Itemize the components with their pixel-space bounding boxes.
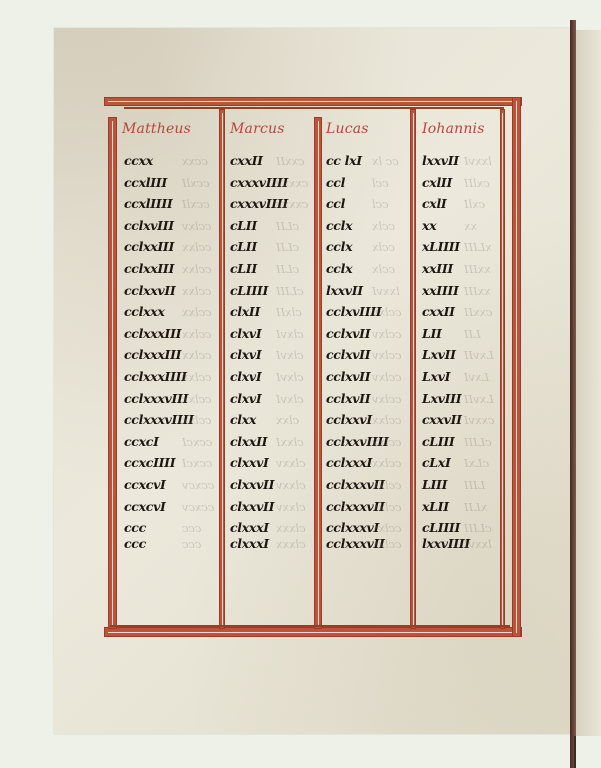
canon-entry-marcus: clxvI [230,326,261,341]
column-header-marcus: Marcus [230,121,285,137]
frame-top-bar [104,97,522,106]
show-through-ink: clxx [276,413,299,427]
show-through-ink: cclxx [372,500,402,514]
show-through-ink: LII [464,327,481,341]
canon-entry-iohannis: LII [422,326,442,341]
canon-entry-mattheus: cclxxIII [124,239,174,254]
show-through-ink: clxII [276,305,302,319]
canon-entry-mattheus: cclxxx [124,304,165,319]
show-through-ink: cxlII [464,176,490,190]
column-divider-3 [410,109,416,629]
canon-entry-mattheus: ccxlIII [124,175,167,190]
canon-entry-iohannis: cxlII [422,175,452,190]
show-through-ink: LxvI [464,370,489,384]
show-through-ink: clxxI [276,435,304,449]
show-through-ink: cclxv [372,327,402,341]
canon-entry-iohannis: lxxvII [422,153,459,168]
frame-inner-bottom-line [110,625,510,627]
canon-entry-iohannis: LxvI [422,369,450,384]
canon-entry-lucas: lxxvII [326,283,363,298]
show-through-ink: LxvII [464,348,494,362]
show-through-ink: xxIII [464,262,491,276]
show-through-ink: cxxII [276,154,305,168]
canon-table-frame: Mattheus Marcus Lucas Iohannis ccxxccxxc… [104,97,522,639]
show-through-ink: ccc [182,521,201,535]
facing-page-edge [576,30,601,736]
canon-entry-iohannis: xx [422,218,436,233]
show-through-ink: clxxv [276,478,306,492]
canon-entry-iohannis: cLxI [422,455,451,470]
canon-entry-mattheus: cclxxxIIII [124,369,187,384]
show-through-ink: cclxx [372,521,402,535]
show-through-ink: ccl [372,176,389,190]
show-through-ink: cclx [372,219,395,233]
show-through-ink: cLIII [464,435,492,449]
show-through-ink: clxxx [276,521,306,535]
show-through-ink: cclxx [182,284,212,298]
column-header-lucas: Lucas [326,121,369,137]
canon-entry-mattheus: ccxcIIII [124,455,175,470]
frame-bottom-bar [104,627,522,637]
canon-entry-lucas: cclxvII [326,347,370,362]
canon-entry-iohannis: cxlI [422,196,446,211]
show-through-ink: clxxv [276,500,306,514]
show-through-ink: cclxx [182,370,212,384]
canon-entry-lucas: cclxvII [326,391,370,406]
canon-entry-iohannis: xLIIII [422,239,460,254]
canon-entry-marcus: clxxvII [230,477,274,492]
canon-entry-lucas: ccl [326,175,345,190]
show-through-ink: clxvI [276,370,304,384]
show-through-ink: cxxII [464,305,493,319]
show-through-ink: xLIII [464,240,492,254]
show-through-ink: ccxcI [182,435,212,449]
canon-entry-marcus: cLII [230,261,257,276]
canon-entry-mattheus: cclxxxIII [124,326,181,341]
show-through-ink: cclxx [182,348,212,362]
show-through-ink: clxvI [276,348,304,362]
frame-right-bar [512,97,521,637]
canon-entry-marcus: clxvI [230,391,261,406]
show-through-ink: LxvII [464,392,494,406]
show-through-ink: cclxv [372,305,402,319]
show-through-ink: cclxx [372,537,402,551]
gutter-shadow [574,736,576,768]
show-through-ink: LIII [464,478,485,492]
canon-entry-iohannis: cLIIII [422,520,460,535]
show-through-ink: ccxlI [182,197,210,211]
show-through-ink: cclxx [182,413,212,427]
canon-entry-iohannis: xxIII [422,261,453,276]
canon-entry-lucas: ccl [326,196,345,211]
show-through-ink: cclxv [372,392,402,406]
canon-entry-marcus: clxvI [230,369,261,384]
column-divider-2 [314,117,322,629]
show-through-ink: cclxv [372,370,402,384]
show-through-ink: cxxxv [276,197,308,211]
column-divider-left [108,117,117,629]
canon-entry-mattheus: cclxxIII [124,261,174,276]
show-through-ink: cLxI [464,456,489,470]
show-through-ink: cclxx [372,413,402,427]
canon-entry-marcus: cLII [230,239,257,254]
canon-entry-mattheus: ccxcI [124,434,159,449]
show-through-ink: cclxx [182,262,212,276]
show-through-ink: ccc [182,537,201,551]
show-through-ink: ccxx [182,154,208,168]
canon-entry-mattheus: ccc [124,536,146,551]
show-through-ink: cclxx [372,435,402,449]
canon-entry-lucas: cclxvII [326,369,370,384]
canon-entry-mattheus: ccc [124,520,146,535]
canon-entry-lucas: cclx [326,239,352,254]
show-through-ink: cclx [372,262,395,276]
column-header-mattheus: Mattheus [122,121,191,137]
show-through-ink: cxxxv [276,176,308,190]
column-divider-1 [219,109,225,629]
canon-entry-marcus: cLIIII [230,283,268,298]
column-divider-right-inner [500,109,505,629]
canon-entry-lucas: cclx [326,218,352,233]
show-through-ink: cclxx [182,392,212,406]
canon-entry-lucas: cclxxxI [326,455,372,470]
show-through-ink: lxxvI [372,284,400,298]
canon-entry-mattheus: cclxxvII [124,283,175,298]
canon-entry-lucas: cclxvII [326,326,370,341]
canon-entry-lucas: cclx [326,261,352,276]
canon-entry-iohannis: cLIII [422,434,454,449]
show-through-ink: xxIII [464,284,491,298]
frame-inner-top-line [124,107,504,109]
canon-entry-mattheus: cclxvIII [124,218,174,233]
canon-entry-iohannis: xxIIII [422,283,459,298]
show-through-ink: ccxcv [182,500,214,514]
show-through-ink: xx [464,219,477,233]
show-through-ink: cclxv [182,219,212,233]
show-through-ink: ccxlI [182,176,210,190]
show-through-ink: cclxx [182,327,212,341]
canon-entry-mattheus: cclxxxvIII [124,391,188,406]
canon-entry-marcus: cLII [230,218,257,233]
show-through-ink: cLII [276,219,299,233]
canon-entry-marcus: clxII [230,304,260,319]
backdrop [0,0,601,30]
show-through-ink: cclxx [182,240,212,254]
canon-entry-iohannis: LxvIII [422,391,461,406]
canon-entry-marcus: cxxII [230,153,263,168]
canon-entry-iohannis: cxxII [422,304,455,319]
show-through-ink: cLII [276,262,299,276]
show-through-ink: cxlI [464,197,485,211]
show-through-ink: cclxx [372,456,402,470]
show-through-ink: ccxcv [182,478,214,492]
canon-entry-mattheus: cclxxxIII [124,347,181,362]
canon-entry-iohannis: cxxvII [422,412,462,427]
canon-entry-iohannis: LIII [422,477,447,492]
canon-entry-lucas: cc lxI [326,153,362,168]
canon-entry-marcus: clxxxI [230,520,269,535]
canon-entry-marcus: clxxII [230,434,267,449]
canon-entry-mattheus: ccxcvI [124,477,166,492]
show-through-ink: xLII [464,500,487,514]
canon-entry-lucas: cclxxvI [326,412,372,427]
show-through-ink: cLIII [276,284,304,298]
show-through-ink: cLII [276,240,299,254]
show-through-ink: lxxvI [464,537,492,551]
canon-entry-mattheus: ccxx [124,153,153,168]
canon-entry-marcus: clxx [230,412,256,427]
show-through-ink: clxvI [276,392,304,406]
show-through-ink: ccxcI [182,456,212,470]
canon-entry-marcus: clxxxI [230,536,269,551]
canon-entry-marcus: clxvI [230,347,261,362]
show-through-ink: cclxx [182,305,212,319]
show-through-ink: clxvI [276,327,304,341]
show-through-ink: cc lx [372,154,399,168]
canon-entry-marcus: clxxvII [230,499,274,514]
show-through-ink: clxxv [276,456,306,470]
show-through-ink: cxxvI [464,413,494,427]
show-through-ink: cLIII [464,521,492,535]
column-header-iohannis: Iohannis [422,121,485,137]
show-through-ink: clxxx [276,537,306,551]
show-through-ink: lxxvI [464,154,492,168]
canon-entry-iohannis: LxvII [422,347,456,362]
canon-entry-iohannis: xLII [422,499,449,514]
canon-entry-marcus: clxxvI [230,455,269,470]
show-through-ink: ccl [372,197,389,211]
canon-entry-mattheus: ccxcvI [124,499,166,514]
canon-entry-mattheus: ccxlIIII [124,196,172,211]
show-through-ink: cclxv [372,348,402,362]
show-through-ink: cclx [372,240,395,254]
show-through-ink: cclxx [372,478,402,492]
